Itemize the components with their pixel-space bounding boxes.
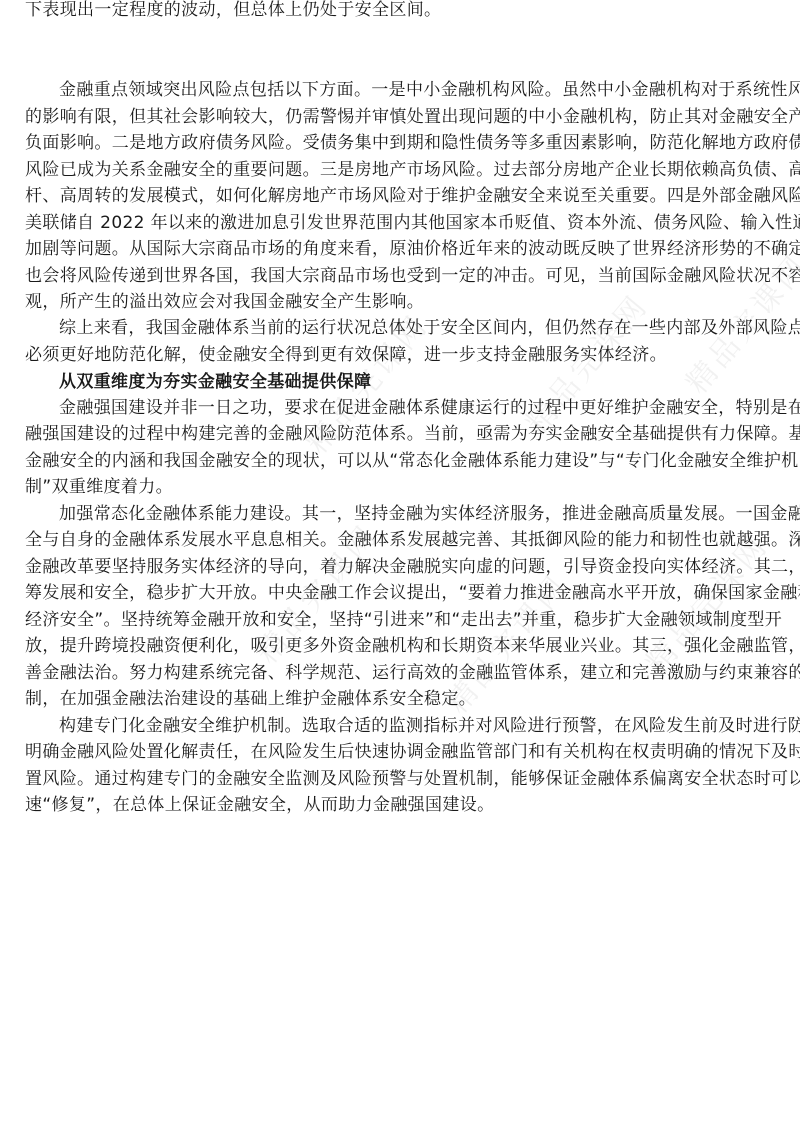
- paragraph-line: 全与自身的金融体系发展水平息息相关。金融体系发展越完善、其抵御风险的能力和韧性也…: [25, 530, 777, 550]
- paragraph-line: 制”双重维度着力。: [25, 477, 777, 497]
- document-page: 精品完课网精品完课网精品完课网精品完课网精品完课网精品完课网 下表现出一定程度的…: [0, 0, 800, 1121]
- paragraph-line: 负面影响。二是地方政府债务风险。受债务集中到期和隐性债务等多重因素影响，防范化解…: [25, 133, 777, 153]
- paragraph-line: 杆、高周转的发展模式，如何化解房地产市场风险对于维护金融安全来说至关重要。四是外…: [25, 186, 777, 206]
- paragraph-line: 观，所产生的溢出效应会对我国金融安全产生影响。: [25, 292, 777, 312]
- paragraph-line: 下表现出一定程度的波动，但总体上仍处于安全区间。: [25, 0, 777, 20]
- paragraph-line: 也会将风险传递到世界各国，我国大宗商品市场也受到一定的冲击。可见，当前国际金融风…: [25, 266, 777, 286]
- paragraph-line: 美联储自 2022 年以来的激进加息引发世界范围内其他国家本币贬值、资本外流、债…: [25, 213, 777, 233]
- paragraph-line: 金融改革要坚持服务实体经济的导向，着力解决金融脱实向虚的问题，引导资金投向实体经…: [25, 557, 777, 577]
- paragraph-line: 筹发展和安全，稳步扩大开放。中央金融工作会议提出，“要着力推进金融高水平开放，确…: [25, 583, 777, 603]
- paragraph-line: 构建专门化金融安全维护机制。选取合适的监测指标并对风险进行预警，在风险发生前及时…: [59, 716, 777, 736]
- paragraph-line: 金融安全的内涵和我国金融安全的现状，可以从“常态化金融体系能力建设”与“专门化金…: [25, 451, 777, 471]
- paragraph-line: 置风险。通过构建专门的金融安全监测及风险预警与处置机制，能够保证金融体系偏离安全…: [25, 769, 777, 789]
- paragraph-line: 经济安全”。坚持统筹金融开放和安全，坚持“引进来”和“走出去”并重，稳步扩大金融…: [25, 610, 777, 630]
- paragraph-line: 明确金融风险处置化解责任，在风险发生后快速协调金融监管部门和有关机构在权责明确的…: [25, 742, 777, 762]
- paragraph-line: 的影响有限，但其社会影响较大，仍需警惕并审慎处置出现问题的中小金融机构，防止其对…: [25, 107, 777, 127]
- paragraph-line: 加剧等问题。从国际大宗商品市场的角度来看，原油价格近年来的波动既反映了世界经济形…: [25, 239, 777, 259]
- paragraph-line: 加强常态化金融体系能力建设。其一，坚持金融为实体经济服务，推进金融高质量发展。一…: [59, 504, 777, 524]
- paragraph-line: 综上来看，我国金融体系当前的运行状况总体处于安全区间内，但仍然存在一些内部及外部…: [59, 318, 777, 338]
- paragraph-line: 金融重点领域突出风险点包括以下方面。一是中小金融机构风险。虽然中小金融机构对于系…: [59, 80, 777, 100]
- paragraph-line: 必须更好地防范化解，使金融安全得到更有效保障，进一步支持金融服务实体经济。: [25, 345, 777, 365]
- paragraph-line: 制，在加强金融法治建设的基础上维护金融体系安全稳定。: [25, 689, 777, 709]
- paragraph-line: 融强国建设的过程中构建完善的金融风险防范体系。当前，亟需为夯实金融安全基础提供有…: [25, 424, 777, 444]
- section-heading: 从双重维度为夯实金融安全基础提供保障: [59, 372, 777, 392]
- paragraph-line: 速“修复”，在总体上保证金融安全，从而助力金融强国建设。: [25, 795, 777, 815]
- paragraph-line: 善金融法治。努力构建系统完备、科学规范、运行高效的金融监管体系，建立和完善激励与…: [25, 663, 777, 683]
- paragraph-line: 放，提升跨境投融资便利化，吸引更多外资金融机构和长期资本来华展业兴业。其三，强化…: [25, 636, 777, 656]
- paragraph-line: 风险已成为关系金融安全的重要问题。三是房地产市场风险。过去部分房地产企业长期依赖…: [25, 160, 777, 180]
- paragraph-line: 金融强国建设并非一日之功，要求在促进金融体系健康运行的过程中更好维护金融安全，特…: [59, 398, 777, 418]
